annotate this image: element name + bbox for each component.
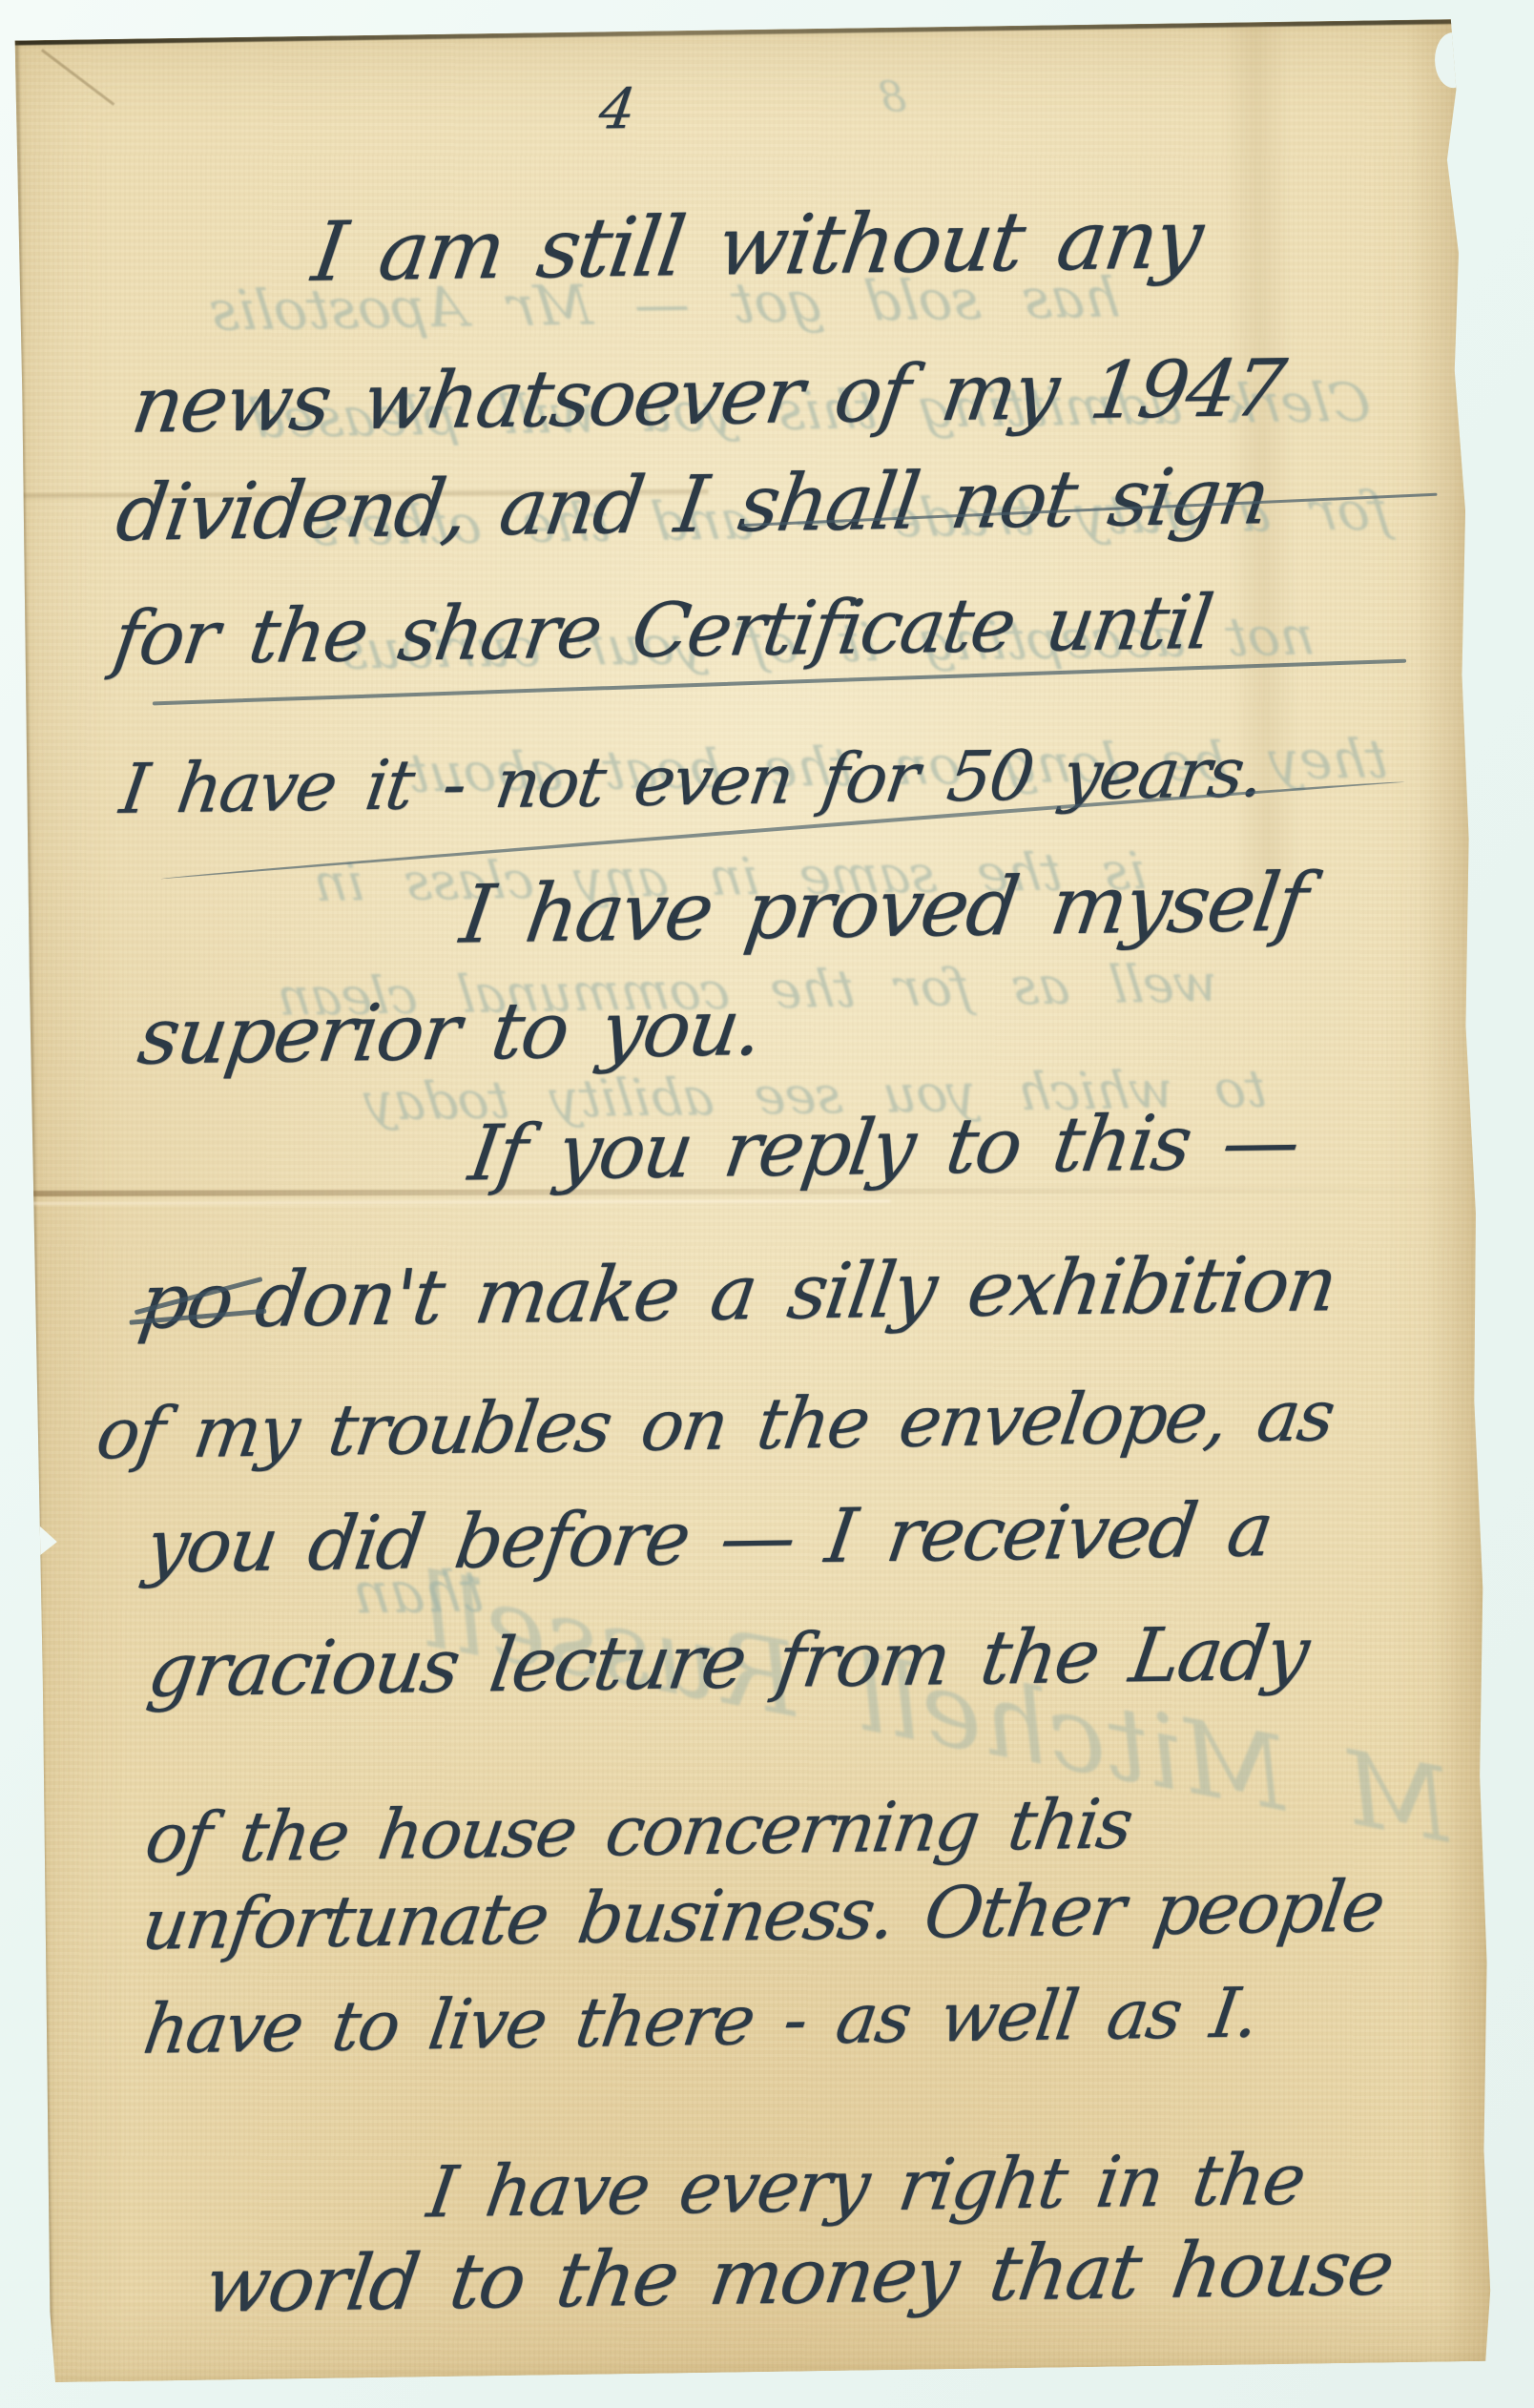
left-edge-shadow	[15, 40, 53, 2382]
handwritten-line-12: gracious lecture from the Lady	[143, 1611, 1313, 1714]
corner-fold-crease	[41, 49, 115, 106]
edge-tear-chip	[32, 1519, 58, 1561]
handwritten-line-6: I have proved myself	[455, 856, 1312, 961]
handwritten-line-8: If you reply to this —	[464, 1098, 1304, 1198]
handwritten-line-14: unfortunate business. Other people	[137, 1866, 1388, 1966]
crease-highlight	[32, 1199, 891, 1204]
handwritten-line-2: news whatsoever of my 1947	[126, 344, 1289, 451]
handwritten-line-11: you did before — I received a	[141, 1488, 1277, 1590]
handwritten-line-13: of the house concerning this	[141, 1784, 1136, 1878]
edge-tear-notch	[1435, 32, 1472, 89]
handwritten-line-5: I have it - not even for 50 years.	[115, 733, 1268, 829]
page-number: 4	[595, 77, 637, 141]
handwritten-line-9: podon't make a silly exhibition	[135, 1240, 1341, 1346]
handwritten-line-16: I have every right in the	[423, 2140, 1309, 2234]
handwritten-line-9-text: don't make a silly exhibition	[250, 1239, 1341, 1344]
scanner-background: 8 has sold got — Mr Apostolis Clerk admi…	[0, 0, 1534, 2408]
bleedthrough-mark: 8	[876, 73, 908, 122]
handwritten-line-4: for the share Certificate until	[108, 581, 1216, 683]
right-curl-shadow	[1405, 19, 1495, 2362]
handwritten-line-15: have to live there - as well as I.	[139, 1973, 1263, 2068]
handwritten-line-3: dividend, and I shall not sign	[111, 452, 1274, 559]
letter-paper: 8 has sold got — Mr Apostolis Clerk admi…	[15, 19, 1496, 2382]
handwritten-line-7: superior to you.	[133, 984, 766, 1083]
handwritten-line-1: I am still without any	[307, 193, 1207, 301]
handwritten-line-10: of my troubles on the envelope, as	[92, 1376, 1338, 1475]
handwritten-line-17: world to the money that house	[199, 2224, 1398, 2330]
